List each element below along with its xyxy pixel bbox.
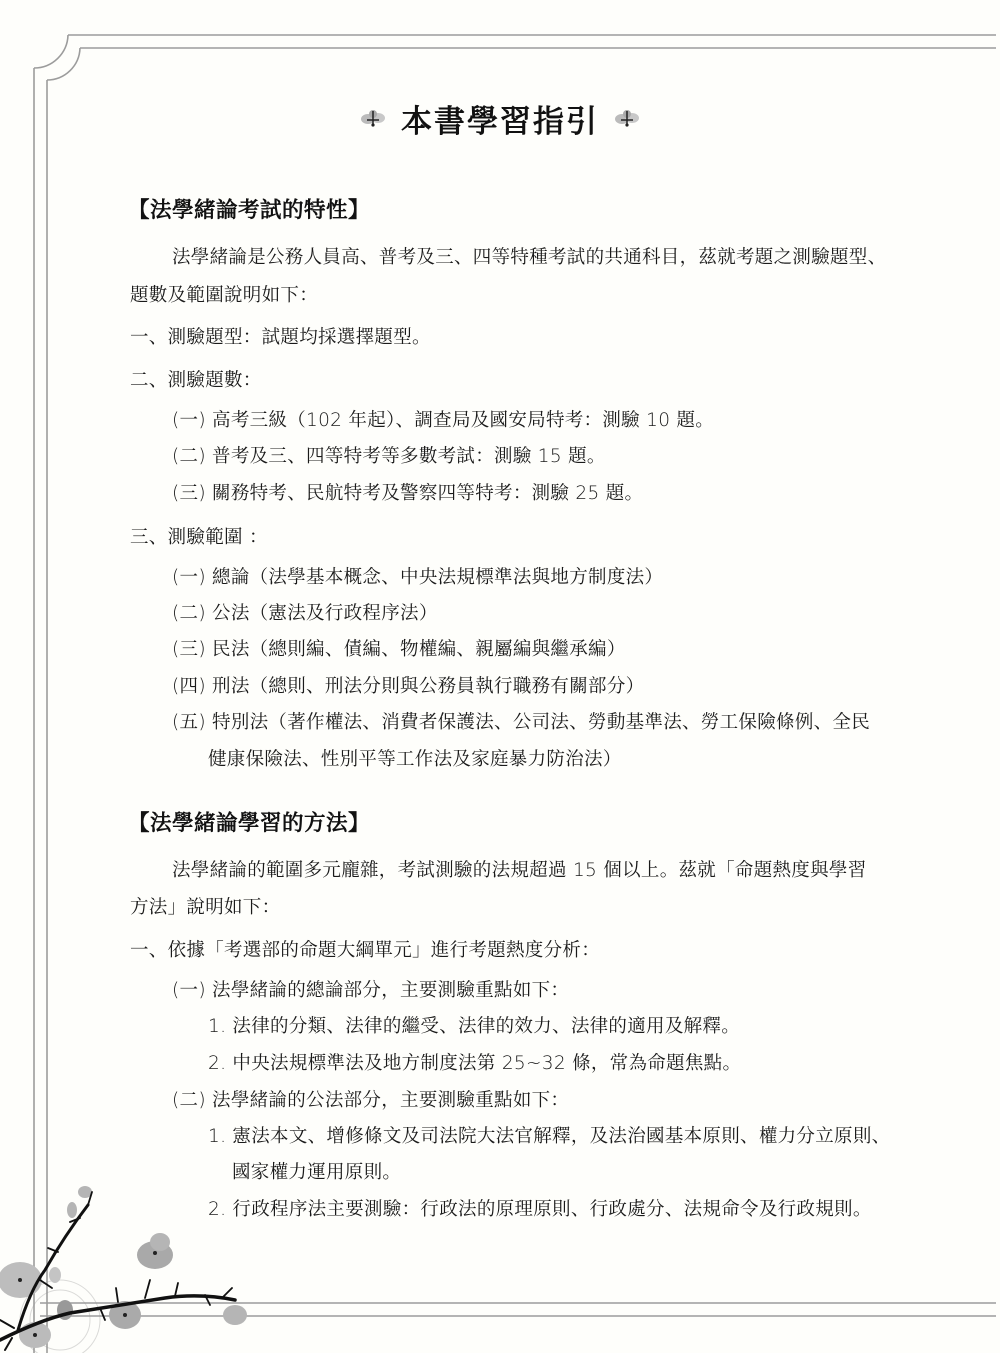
list-item-question-type: 一、測驗題型：試題均採選擇題型。	[130, 326, 431, 350]
sub-item-public-law: (二) 法學緒論的公法部分，主要測驗重點如下：	[172, 1089, 569, 1113]
sub-item: (二) 公法（憲法及行政程序法）	[172, 602, 438, 626]
list-item-question-count: 二、測驗題數：	[130, 369, 262, 393]
section1-intro-line2: 題數及範圍說明如下：	[130, 284, 318, 308]
numbered-point: 2. 中央法規標準法及地方制度法第 25~32 條，常為命題焦點。	[208, 1052, 741, 1076]
sub-item-general-theory: (一) 法學緒論的總論部分，主要測驗重點如下：	[172, 979, 569, 1003]
sub-item: (三) 關務特考、民航特考及警察四等特考：測驗 25 題。	[172, 482, 643, 506]
page-title: 本書學習指引	[401, 96, 599, 141]
plum-blossom-icon	[613, 107, 641, 129]
sub-item: (四) 刑法（總則、刑法分則與公務員執行職務有關部分）	[172, 675, 644, 699]
sub-item: (一) 高考三級（102 年起）、調查局及國安局特考：測驗 10 題。	[172, 409, 714, 433]
plum-blossom-icon	[359, 107, 387, 129]
section-heading-exam-characteristics: 【法學緒論考試的特性】	[128, 199, 370, 223]
numbered-point-continuation: 國家權力運用原則。	[232, 1161, 401, 1185]
numbered-point: 1. 憲法本文、增修條文及司法院大法官解釋，及法治國基本原則、權力分立原則、	[208, 1125, 890, 1149]
sub-item: (三) 民法（總則編、債編、物權編、親屬編與繼承編）	[172, 638, 626, 662]
list-item-heat-analysis: 一、依據「考選部的命題大綱單元」進行考題熱度分析：	[130, 939, 600, 963]
numbered-point: 2. 行政程序法主要測驗：行政法的原理原則、行政處分、法規命令及行政規則。	[208, 1198, 872, 1222]
section2-intro-line2: 方法」說明如下：	[130, 896, 280, 920]
section-heading-study-methods: 【法學緒論學習的方法】	[128, 812, 370, 836]
sub-item: (二) 普考及三、四等特考等多數考試：測驗 15 題。	[172, 445, 606, 469]
section1-intro-line1: 法學緒論是公務人員高、普考及三、四等特種考試的共通科目，茲就考題之測驗題型、	[172, 246, 886, 270]
numbered-point: 1. 法律的分類、法律的繼受、法律的效力、法律的適用及解釋。	[208, 1015, 740, 1039]
list-item-scope: 三、測驗範圍 ：	[130, 526, 268, 550]
sub-item: (一) 總論（法學基本概念、中央法規標準法與地方制度法）	[172, 566, 663, 590]
sub-item-continuation: 健康保險法、性別平等工作法及家庭暴力防治法）	[208, 748, 622, 772]
section2-intro-line1: 法學緒論的範圍多元龐雜，考試測驗的法規超過 15 個以上。茲就「命題熱度與學習	[172, 859, 867, 883]
page-title-row: 本書學習指引	[0, 94, 1000, 142]
sub-item: (五) 特別法（著作權法、消費者保護法、公司法、勞動基準法、勞工保險條例、全民	[172, 711, 870, 735]
